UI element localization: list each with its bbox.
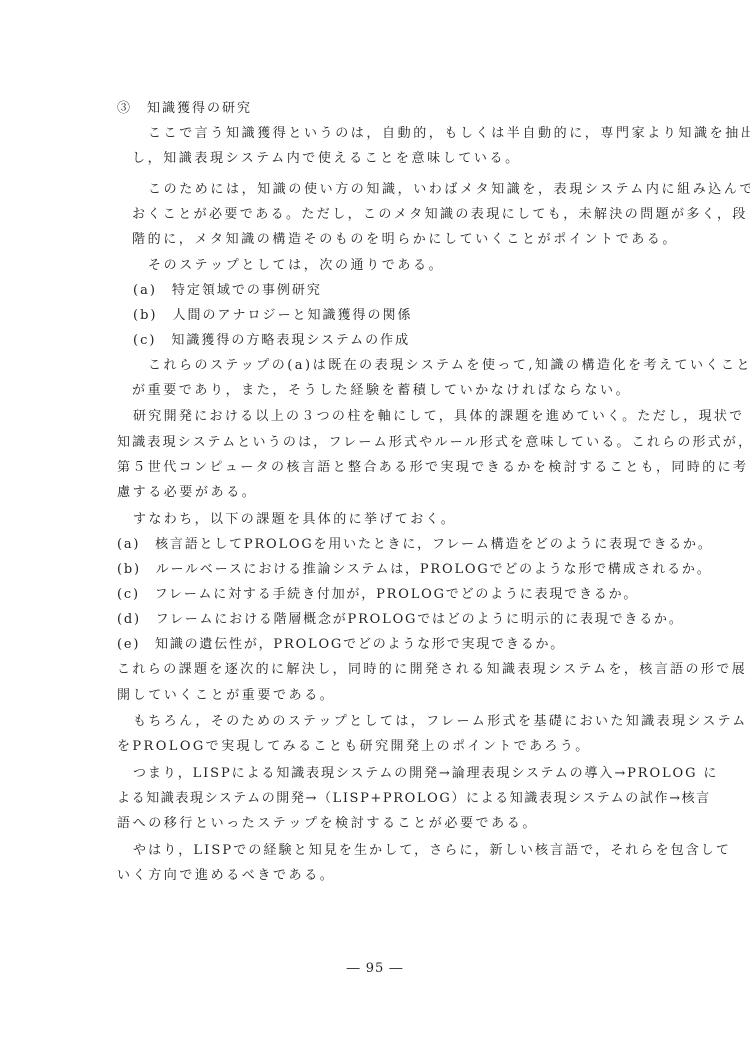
document-page: ③ 知識獲得の研究 ここで言う知識獲得というのは，自動的，もしくは半自動的に，専…	[0, 0, 750, 1054]
paragraph-line: 第５世代コンピュータの核言語と整合ある形で実現できるかを検討することも，同時的に…	[117, 459, 748, 477]
list-item: (c) 知識獲得の方略表現システムの作成	[133, 332, 410, 350]
paragraph-line: もちろん，そのためのステップとしては，フレーム形式を基礎においた知識表現システム	[133, 713, 748, 731]
list-item: (c) フレームに対する手続き付加が，PROLOGでどのように表現できるか。	[117, 586, 638, 604]
paragraph-line: 研究開発における以上の３つの柱を軸にして，具体的課題を進めていく。ただし，現状で	[133, 408, 744, 426]
paragraph-line: 階的に，メタ知識の構造そのものを明らかにしていくことがポイントである。	[132, 231, 678, 249]
paragraph-line: ここで言う知識獲得というのは，自動的，もしくは半自動的に，専門家より知識を抽出	[148, 125, 750, 143]
paragraph-line: すなわち，以下の課題を具体的に挙げておく。	[133, 511, 456, 529]
paragraph-line: し，知識表現システム内で使えることを意味している。	[132, 150, 521, 168]
paragraph-line: いく方向で進めるべきである。	[117, 867, 335, 885]
list-item: (a) 核言語としてPROLOGを用いたときに，フレーム構造をどのように表現でき…	[117, 536, 713, 554]
paragraph-line: 開していくことが重要である。	[117, 687, 335, 705]
paragraph-line: 語への移行といったステップを検討することが必要である。	[117, 815, 538, 833]
paragraph-line: やはり，LISPでの経験と知見を生かして，さらに，新しい核言語で，それらを包含し…	[133, 842, 731, 860]
paragraph-line: そのステップとしては，次の通りである。	[148, 257, 444, 275]
paragraph-line: このためには，知識の使い方の知識，いわばメタ知識を，表現システム内に組み込んで	[148, 181, 750, 199]
paragraph-line: つまり，LISPによる知識表現システムの開発→論理表現システムの導入→PROLO…	[133, 765, 718, 783]
paragraph-line: おくことが必要である。ただし，このメタ知識の表現にしても，未解決の問題が多く，段	[132, 206, 748, 224]
section-heading: ③ 知識獲得の研究	[117, 100, 252, 118]
paragraph-line: よる知識表現システムの開発→（LISP+PROLOG）による知識表現システムの試…	[117, 790, 711, 808]
paragraph-line: これらの課題を逐次的に解決し，同時的に開発される知識表現システムを，核言語の形で…	[117, 661, 747, 679]
list-item: (e) 知識の遺伝性が，PROLOGでどのような形で実現できるか。	[117, 636, 565, 654]
list-item: (b) 人間のアナロジーと知識獲得の関係	[133, 307, 412, 325]
page-number: ― 95 ―	[0, 961, 750, 976]
list-item: (a) 特定領域での事例研究	[133, 282, 322, 300]
paragraph-line: が重要であり，また，そうした経験を蓄積していかなければならない。	[132, 382, 631, 400]
paragraph-line: 知識表現システムというのは，フレーム形式やルール形式を意味している。これらの形式…	[117, 434, 750, 452]
list-item: (d) フレームにおける階層概念がPROLOGではどのように明示的に表現できるか…	[117, 611, 684, 629]
list-item: (b) ルールベースにおける推論システムは，PROLOGでどのような形で構成され…	[117, 561, 712, 579]
paragraph-line: これらのステップの(a)は既在の表現システムを使って,知識の構造化を考えていくこ…	[148, 357, 750, 375]
paragraph-line: 慮する必要がある。	[117, 484, 257, 502]
paragraph-line: をPROLOGで実現してみることも研究開発上のポイントであろう。	[117, 738, 591, 756]
